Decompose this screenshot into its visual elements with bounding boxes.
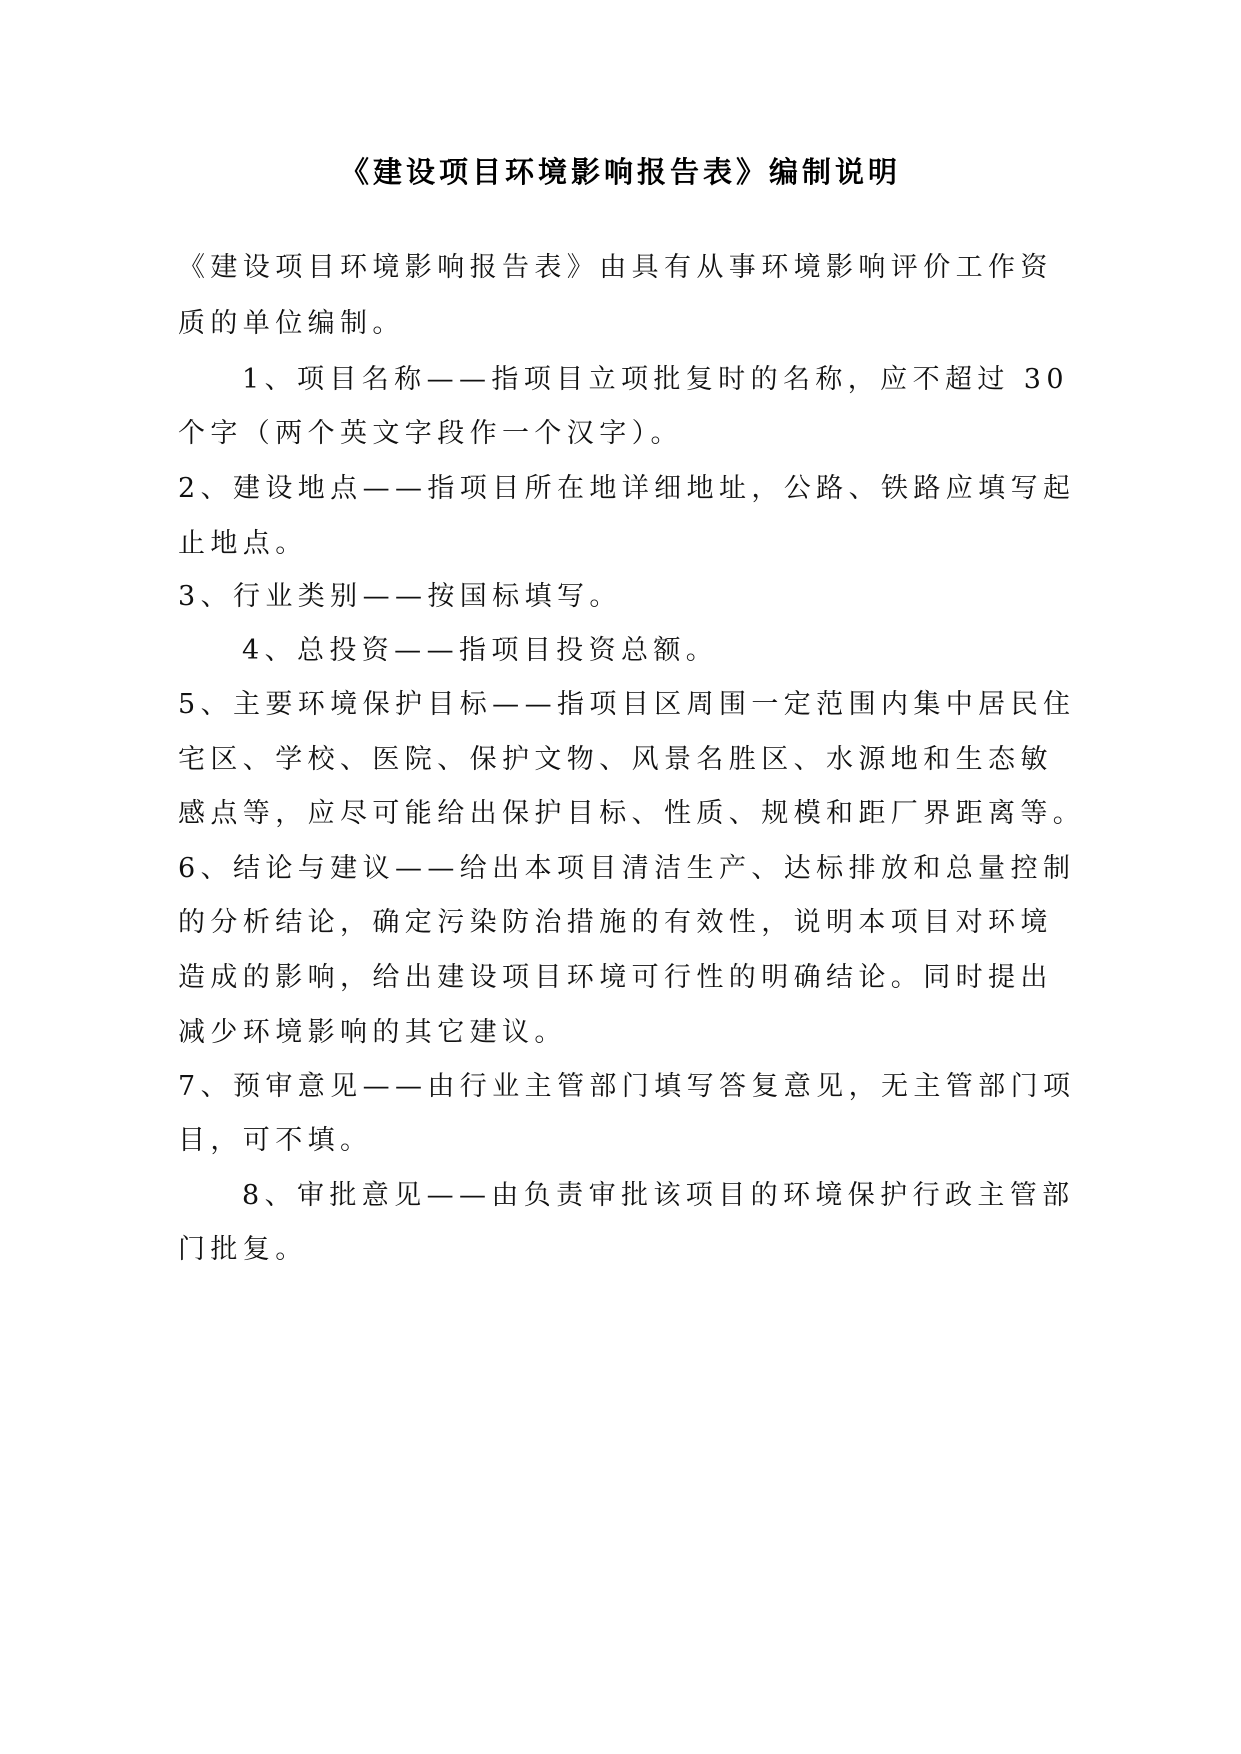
item-7-line: 7、预审意见——由行业主管部门填写答复意见，无主管部门项 xyxy=(178,1067,1075,1107)
item-8-line: 门批复。 xyxy=(178,1230,308,1270)
item-4-line: 4、总投资——指项目投资总额。 xyxy=(242,631,718,671)
document-page: 《建设项目环境影响报告表》编制说明 《建设项目环境影响报告表》由具有从事环境影响… xyxy=(0,0,1241,1754)
item-6-line: 的分析结论，确定污染防治措施的有效性，说明本项目对环境 xyxy=(178,903,1053,943)
item-7-line: 目，可不填。 xyxy=(178,1121,372,1161)
item-6-line: 造成的影响，给出建设项目环境可行性的明确结论。同时提出 xyxy=(178,958,1053,998)
item-1-line: 个字（两个英文字段作一个汉字）。 xyxy=(178,414,683,454)
intro-line: 《建设项目环境影响报告表》由具有从事环境影响评价工作资 xyxy=(178,248,1053,288)
item-5-line: 感点等，应尽可能给出保护目标、性质、规模和距厂界距离等。 xyxy=(178,794,1085,834)
item-6-line: 6、结论与建议——给出本项目清洁生产、达标排放和总量控制 xyxy=(178,849,1075,889)
item-2-line: 止地点。 xyxy=(178,524,308,564)
item-3-line: 3、行业类别——按国标填写。 xyxy=(178,577,622,617)
page-title: 《建设项目环境影响报告表》编制说明 xyxy=(0,152,1241,192)
item-5-line: 宅区、学校、医院、保护文物、风景名胜区、水源地和生态敏 xyxy=(178,740,1053,780)
item-2-line: 2、建设地点——指项目所在地详细地址，公路、铁路应填写起 xyxy=(178,469,1075,509)
item-1-line: 1、项目名称——指项目立项批复时的名称，应不超过 30 xyxy=(242,360,1069,400)
intro-line: 质的单位编制。 xyxy=(178,304,405,344)
item-8-line: 8、审批意见——由负责审批该项目的环境保护行政主管部 xyxy=(242,1176,1075,1216)
item-6-line: 减少环境影响的其它建议。 xyxy=(178,1013,567,1053)
item-5-line: 5、主要环境保护目标——指项目区周围一定范围内集中居民住 xyxy=(178,685,1075,725)
